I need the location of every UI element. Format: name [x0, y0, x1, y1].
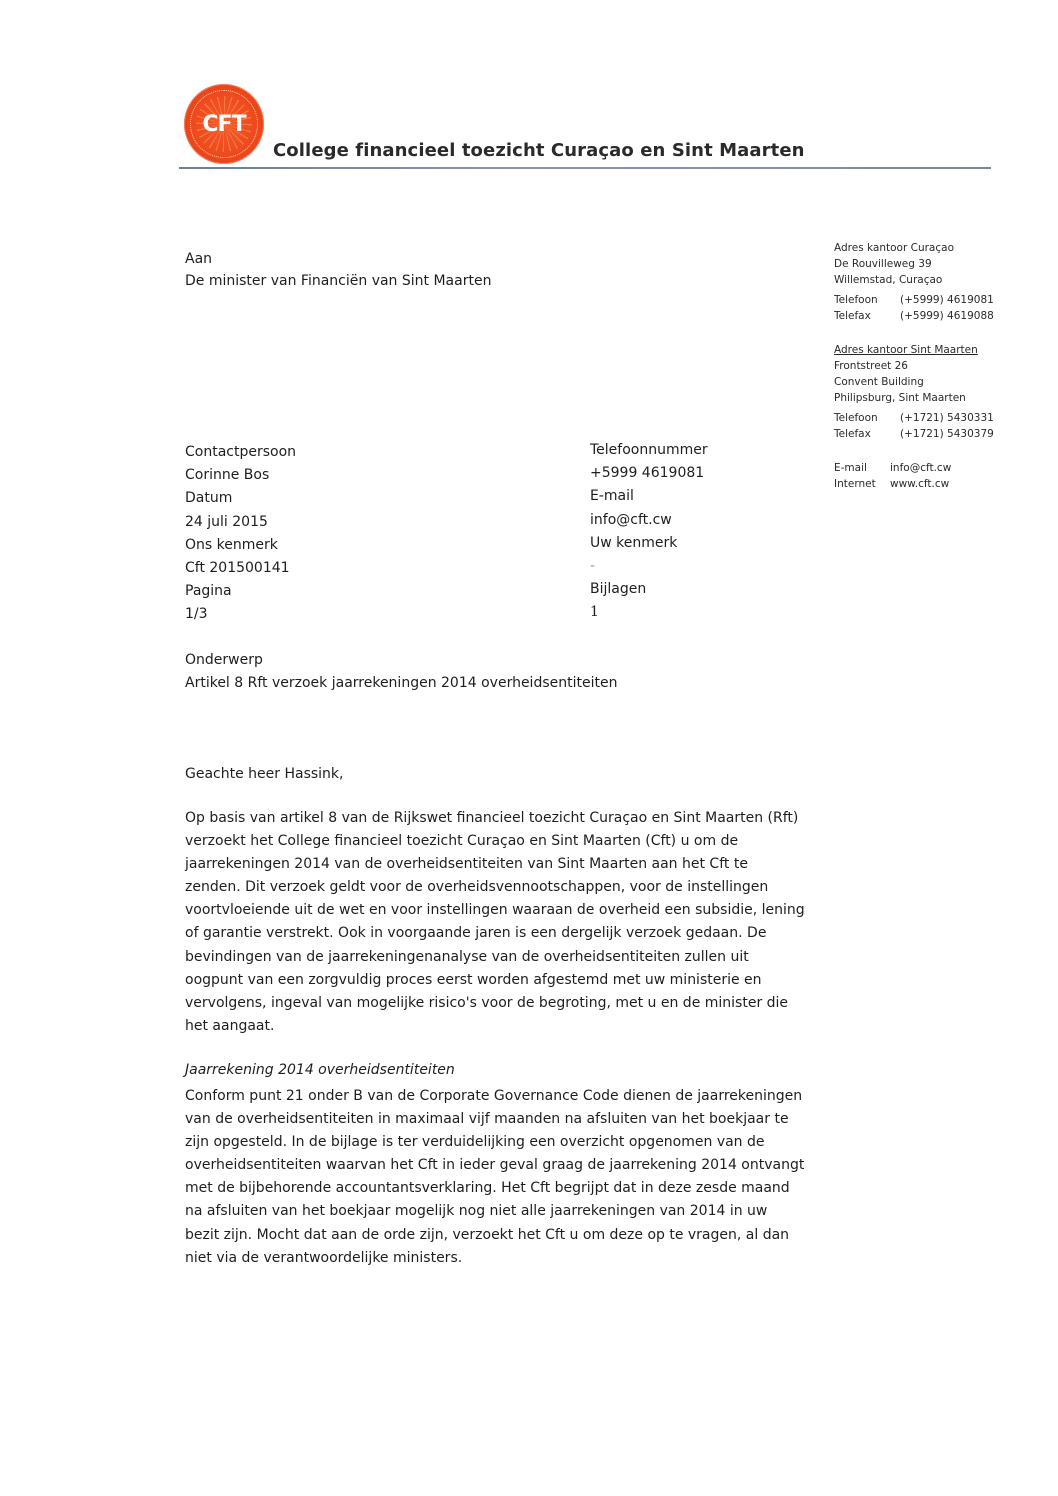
paragraph-line: Conform punt 21 onder B van de Corporate… — [185, 1085, 895, 1108]
paragraph-line: vervolgens, ingeval van mogelijke risico… — [185, 992, 895, 1015]
fax-label: Telefax — [834, 308, 900, 324]
paragraph-line: jaarrekeningen 2014 van de overheidsenti… — [185, 853, 895, 876]
phone-label: Telefoon — [834, 410, 900, 426]
phone-label: Telefoon — [834, 292, 900, 308]
page-label: Pagina — [185, 580, 296, 603]
paragraph-line: overheidsentiteiten waarvan het Cft in i… — [185, 1154, 895, 1177]
our-reference-label: Ons kenmerk — [185, 534, 296, 557]
fax-label: Telefax — [834, 426, 900, 442]
paragraph-annual-accounts: Conform punt 21 onder B van de Corporate… — [185, 1085, 895, 1270]
attachments-label: Bijlagen — [590, 578, 708, 601]
recipient-label: Aan — [185, 248, 491, 270]
paragraph-line: na afsluiten van het boekjaar mogelijk n… — [185, 1200, 895, 1223]
your-reference-label: Uw kenmerk — [590, 532, 708, 555]
recipient-name: De minister van Financiën van Sint Maart… — [185, 270, 491, 292]
office-curacao-phone: Telefoon(+5999) 4619081 — [834, 292, 994, 308]
paragraph-line: bevindingen van de jaarrekeningenanalyse… — [185, 946, 895, 969]
email-link[interactable]: info@cft.cw — [890, 462, 951, 474]
cft-logo: CFT — [184, 84, 264, 164]
office-curacao-fax: Telefax(+5999) 4619088 — [834, 308, 994, 324]
contact-person-value: Corinne Bos — [185, 464, 296, 487]
fax-value: (+5999) 4619088 — [900, 310, 994, 322]
paragraph-line: voortvloeiende uit de wet en voor instel… — [185, 899, 895, 922]
meta-right-column: Telefoonnummer +5999 4619081 E-mail info… — [590, 439, 708, 625]
office-sint-maarten-address-line: Philipsburg, Sint Maarten — [834, 390, 994, 406]
paragraph-line: met de bijbehorende accountantsverklarin… — [185, 1177, 895, 1200]
paragraph-line: het aangaat. — [185, 1015, 895, 1038]
contact-email: E-mailinfo@cft.cw — [834, 460, 994, 476]
paragraph-line: verzoekt het College financieel toezicht… — [185, 830, 895, 853]
email-label: E-mail — [834, 460, 890, 476]
internet-label: Internet — [834, 476, 890, 492]
office-sint-maarten-heading: Adres kantoor Sint Maarten — [834, 342, 994, 358]
paragraph-line: of garantie verstrekt. Ook in voorgaande… — [185, 922, 895, 945]
subject-label: Onderwerp — [185, 649, 617, 672]
phone-value: (+1721) 5430331 — [900, 412, 994, 424]
paragraph-line: van de overheidsentiteiten in maximaal v… — [185, 1108, 895, 1131]
header-divider — [179, 167, 991, 169]
office-sint-maarten-fax: Telefax(+1721) 5430379 — [834, 426, 994, 442]
page-value: 1/3 — [185, 603, 296, 626]
email-value: info@cft.cw — [590, 509, 708, 532]
fax-value: (+1721) 5430379 — [900, 428, 994, 440]
email-label: E-mail — [590, 485, 708, 508]
phone-value: (+5999) 4619081 — [900, 294, 994, 306]
phone-number-label: Telefoonnummer — [590, 439, 708, 462]
website-link[interactable]: www.cft.cw — [890, 478, 949, 490]
attachments-value: 1 — [590, 601, 708, 624]
paragraph-intro: Op basis van artikel 8 van de Rijkswet f… — [185, 807, 895, 1038]
office-curacao-address-line: Willemstad, Curaçao — [834, 272, 994, 288]
paragraph-line: Op basis van artikel 8 van de Rijkswet f… — [185, 807, 895, 830]
office-addresses: Adres kantoor Curaçao De Rouvilleweg 39 … — [834, 240, 994, 492]
office-sint-maarten-phone: Telefoon(+1721) 5430331 — [834, 410, 994, 426]
meta-left-column: Contactpersoon Corinne Bos Datum 24 juli… — [185, 441, 296, 627]
paragraph-line: zijn opgesteld. In de bijlage is ter ver… — [185, 1131, 895, 1154]
contact-internet: Internetwww.cft.cw — [834, 476, 994, 492]
section-heading: Jaarrekening 2014 overheidsentiteiten — [185, 1062, 455, 1078]
office-curacao-heading: Adres kantoor Curaçao — [834, 240, 994, 256]
subject-block: Onderwerp Artikel 8 Rft verzoek jaarreke… — [185, 649, 617, 695]
your-reference-value: - — [590, 555, 708, 578]
date-label: Datum — [185, 487, 296, 510]
date-value: 24 juli 2015 — [185, 511, 296, 534]
salutation: Geachte heer Hassink, — [185, 763, 343, 786]
subject-value: Artikel 8 Rft verzoek jaarrekeningen 201… — [185, 672, 617, 695]
contact-person-label: Contactpersoon — [185, 441, 296, 464]
logo-text: CFT — [184, 84, 264, 164]
phone-number-value: +5999 4619081 — [590, 462, 708, 485]
paragraph-line: bezit zijn. Mocht dat aan de orde zijn, … — [185, 1224, 895, 1247]
paragraph-line: niet via de verantwoordelijke ministers. — [185, 1247, 895, 1270]
office-curacao-address-line: De Rouvilleweg 39 — [834, 256, 994, 272]
recipient-block: Aan De minister van Financiën van Sint M… — [185, 248, 491, 292]
paragraph-line: oogpunt van een zorgvuldig proces eerst … — [185, 969, 895, 992]
office-sint-maarten-address-line: Frontstreet 26 — [834, 358, 994, 374]
office-sint-maarten-address-line: Convent Building — [834, 374, 994, 390]
paragraph-line: zenden. Dit verzoek geldt voor de overhe… — [185, 876, 895, 899]
organization-name: College financieel toezicht Curaçao en S… — [273, 140, 805, 161]
our-reference-value: Cft 201500141 — [185, 557, 296, 580]
